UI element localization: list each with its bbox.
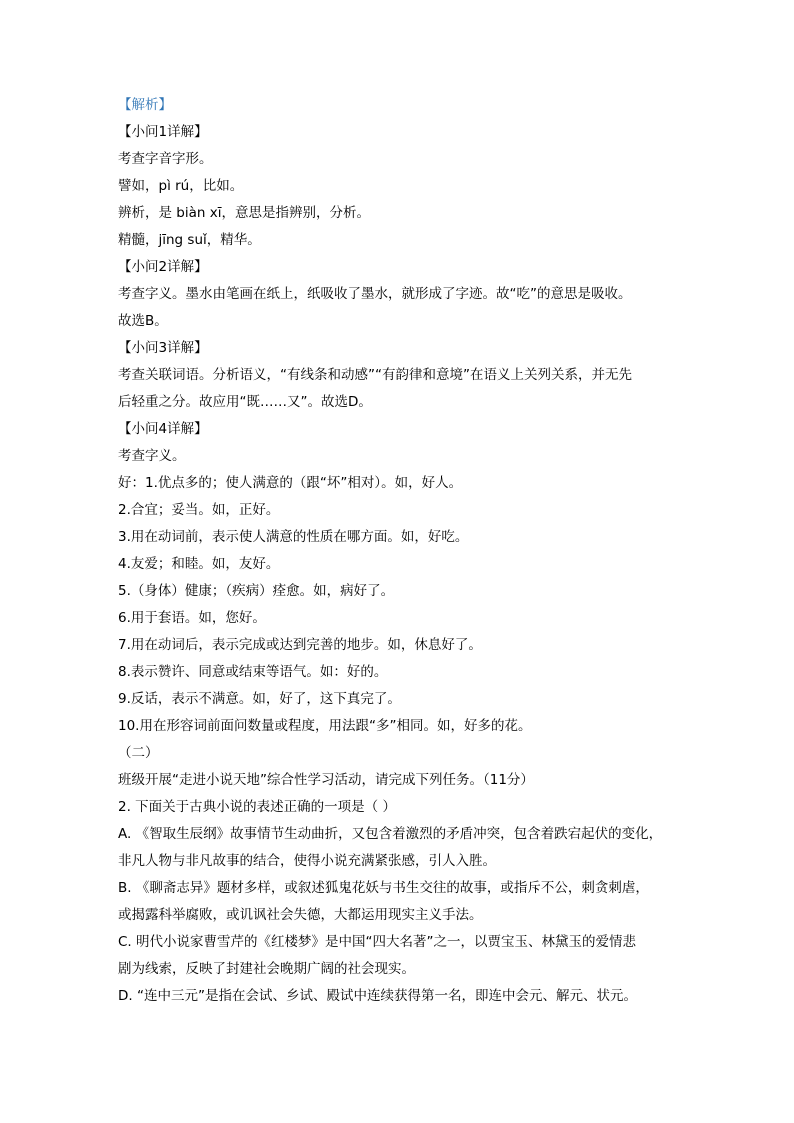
text-line: 考查字义。 xyxy=(118,443,698,470)
part-two: （二） 班级开展“走进小说天地”综合性学习活动，请完成下列任务。（11分） 2.… xyxy=(118,740,698,1010)
definition-line: 8.表示赞许、同意或结束等语气。如：好的。 xyxy=(118,659,698,686)
section-q2: 【小问2详解】 考查字义。墨水由笔画在纸上，纸吸收了墨水，就形成了字迹。故“吃”… xyxy=(118,254,698,335)
option-line: B. 《聊斋志异》题材多样，或叙述狐鬼花妖与书生交往的故事，或指斥不公，刺贪刺虐… xyxy=(118,875,698,902)
option-line: D. “连中三元”是指在会试、乡试、殿试中连续获得第一名，即连中会元、解元、状元… xyxy=(118,983,698,1010)
option-line: 或揭露科举腐败，或讥讽社会失德，大都运用现实主义手法。 xyxy=(118,902,698,929)
section-q4: 【小问4详解】 考查字义。 好：1.优点多的；使人满意的（跟“坏”相对）。如，好… xyxy=(118,416,698,740)
text-line: 辨析，是 biàn xī，意思是指辨别，分析。 xyxy=(118,200,698,227)
analysis-heading: 【解析】 xyxy=(118,92,698,119)
section-heading: 【小问1详解】 xyxy=(118,119,698,146)
option-line: 非凡人物与非凡故事的结合，使得小说充满紧张感，引人入胜。 xyxy=(118,848,698,875)
document-page: 【解析】 【小问1详解】 考查字音字形。 譬如，pì rú，比如。 辨析，是 b… xyxy=(118,92,698,1010)
section-heading: 【小问2详解】 xyxy=(118,254,698,281)
text-line: 故选B。 xyxy=(118,308,698,335)
definition-line: 9.反话，表示不满意。如，好了，这下真完了。 xyxy=(118,686,698,713)
definition-line: 6.用于套语。如，您好。 xyxy=(118,605,698,632)
text-line: 譬如，pì rú，比如。 xyxy=(118,173,698,200)
question-stem: 2. 下面关于古典小说的表述正确的一项是（ ） xyxy=(118,794,698,821)
option-d: D. “连中三元”是指在会试、乡试、殿试中连续获得第一名，即连中会元、解元、状元… xyxy=(118,983,698,1010)
part-intro: 班级开展“走进小说天地”综合性学习活动，请完成下列任务。（11分） xyxy=(118,767,698,794)
definition-line: 7.用在动词后，表示完成或达到完善的地步。如，休息好了。 xyxy=(118,632,698,659)
definition-line: 3.用在动词前，表示使人满意的性质在哪方面。如，好吃。 xyxy=(118,524,698,551)
section-q3: 【小问3详解】 考查关联词语。分析语义，“有线条和动感”“有韵律和意境”在语义上… xyxy=(118,335,698,416)
text-line: 精髓，jīng suǐ，精华。 xyxy=(118,227,698,254)
option-c: C. 明代小说家曹雪芹的《红楼梦》是中国“四大名著”之一，以贾宝玉、林黛玉的爱情… xyxy=(118,929,698,983)
option-b: B. 《聊斋志异》题材多样，或叙述狐鬼花妖与书生交往的故事，或指斥不公，刺贪刺虐… xyxy=(118,875,698,929)
option-line: C. 明代小说家曹雪芹的《红楼梦》是中国“四大名著”之一，以贾宝玉、林黛玉的爱情… xyxy=(118,929,698,956)
option-a: A. 《智取生辰纲》故事情节生动曲折，又包含着激烈的矛盾冲突，包含着跌宕起伏的变… xyxy=(118,821,698,875)
definition-line: 2.合宜；妥当。如，正好。 xyxy=(118,497,698,524)
text-line: 考查字义。墨水由笔画在纸上，纸吸收了墨水，就形成了字迹。故“吃”的意思是吸收。 xyxy=(118,281,698,308)
definition-line: 5.（身体）健康；（疾病）痊愈。如，病好了。 xyxy=(118,578,698,605)
option-line: A. 《智取生辰纲》故事情节生动曲折，又包含着激烈的矛盾冲突，包含着跌宕起伏的变… xyxy=(118,821,698,848)
text-line: 考查字音字形。 xyxy=(118,146,698,173)
definition-line: 4.友爱；和睦。如，友好。 xyxy=(118,551,698,578)
section-heading: 【小问3详解】 xyxy=(118,335,698,362)
section-heading: 【小问4详解】 xyxy=(118,416,698,443)
part-label: （二） xyxy=(118,740,698,767)
text-line: 考查关联词语。分析语义，“有线条和动感”“有韵律和意境”在语义上关列关系，并无先 xyxy=(118,362,698,389)
definition-line: 好：1.优点多的；使人满意的（跟“坏”相对）。如，好人。 xyxy=(118,470,698,497)
definition-line: 10.用在形容词前面问数量或程度，用法跟“多”相同。如，好多的花。 xyxy=(118,713,698,740)
section-q1: 【小问1详解】 考查字音字形。 譬如，pì rú，比如。 辨析，是 biàn x… xyxy=(118,119,698,254)
text-line: 后轻重之分。故应用“既……又”。故选D。 xyxy=(118,389,698,416)
option-line: 剧为线索，反映了封建社会晚期广阔的社会现实。 xyxy=(118,956,698,983)
